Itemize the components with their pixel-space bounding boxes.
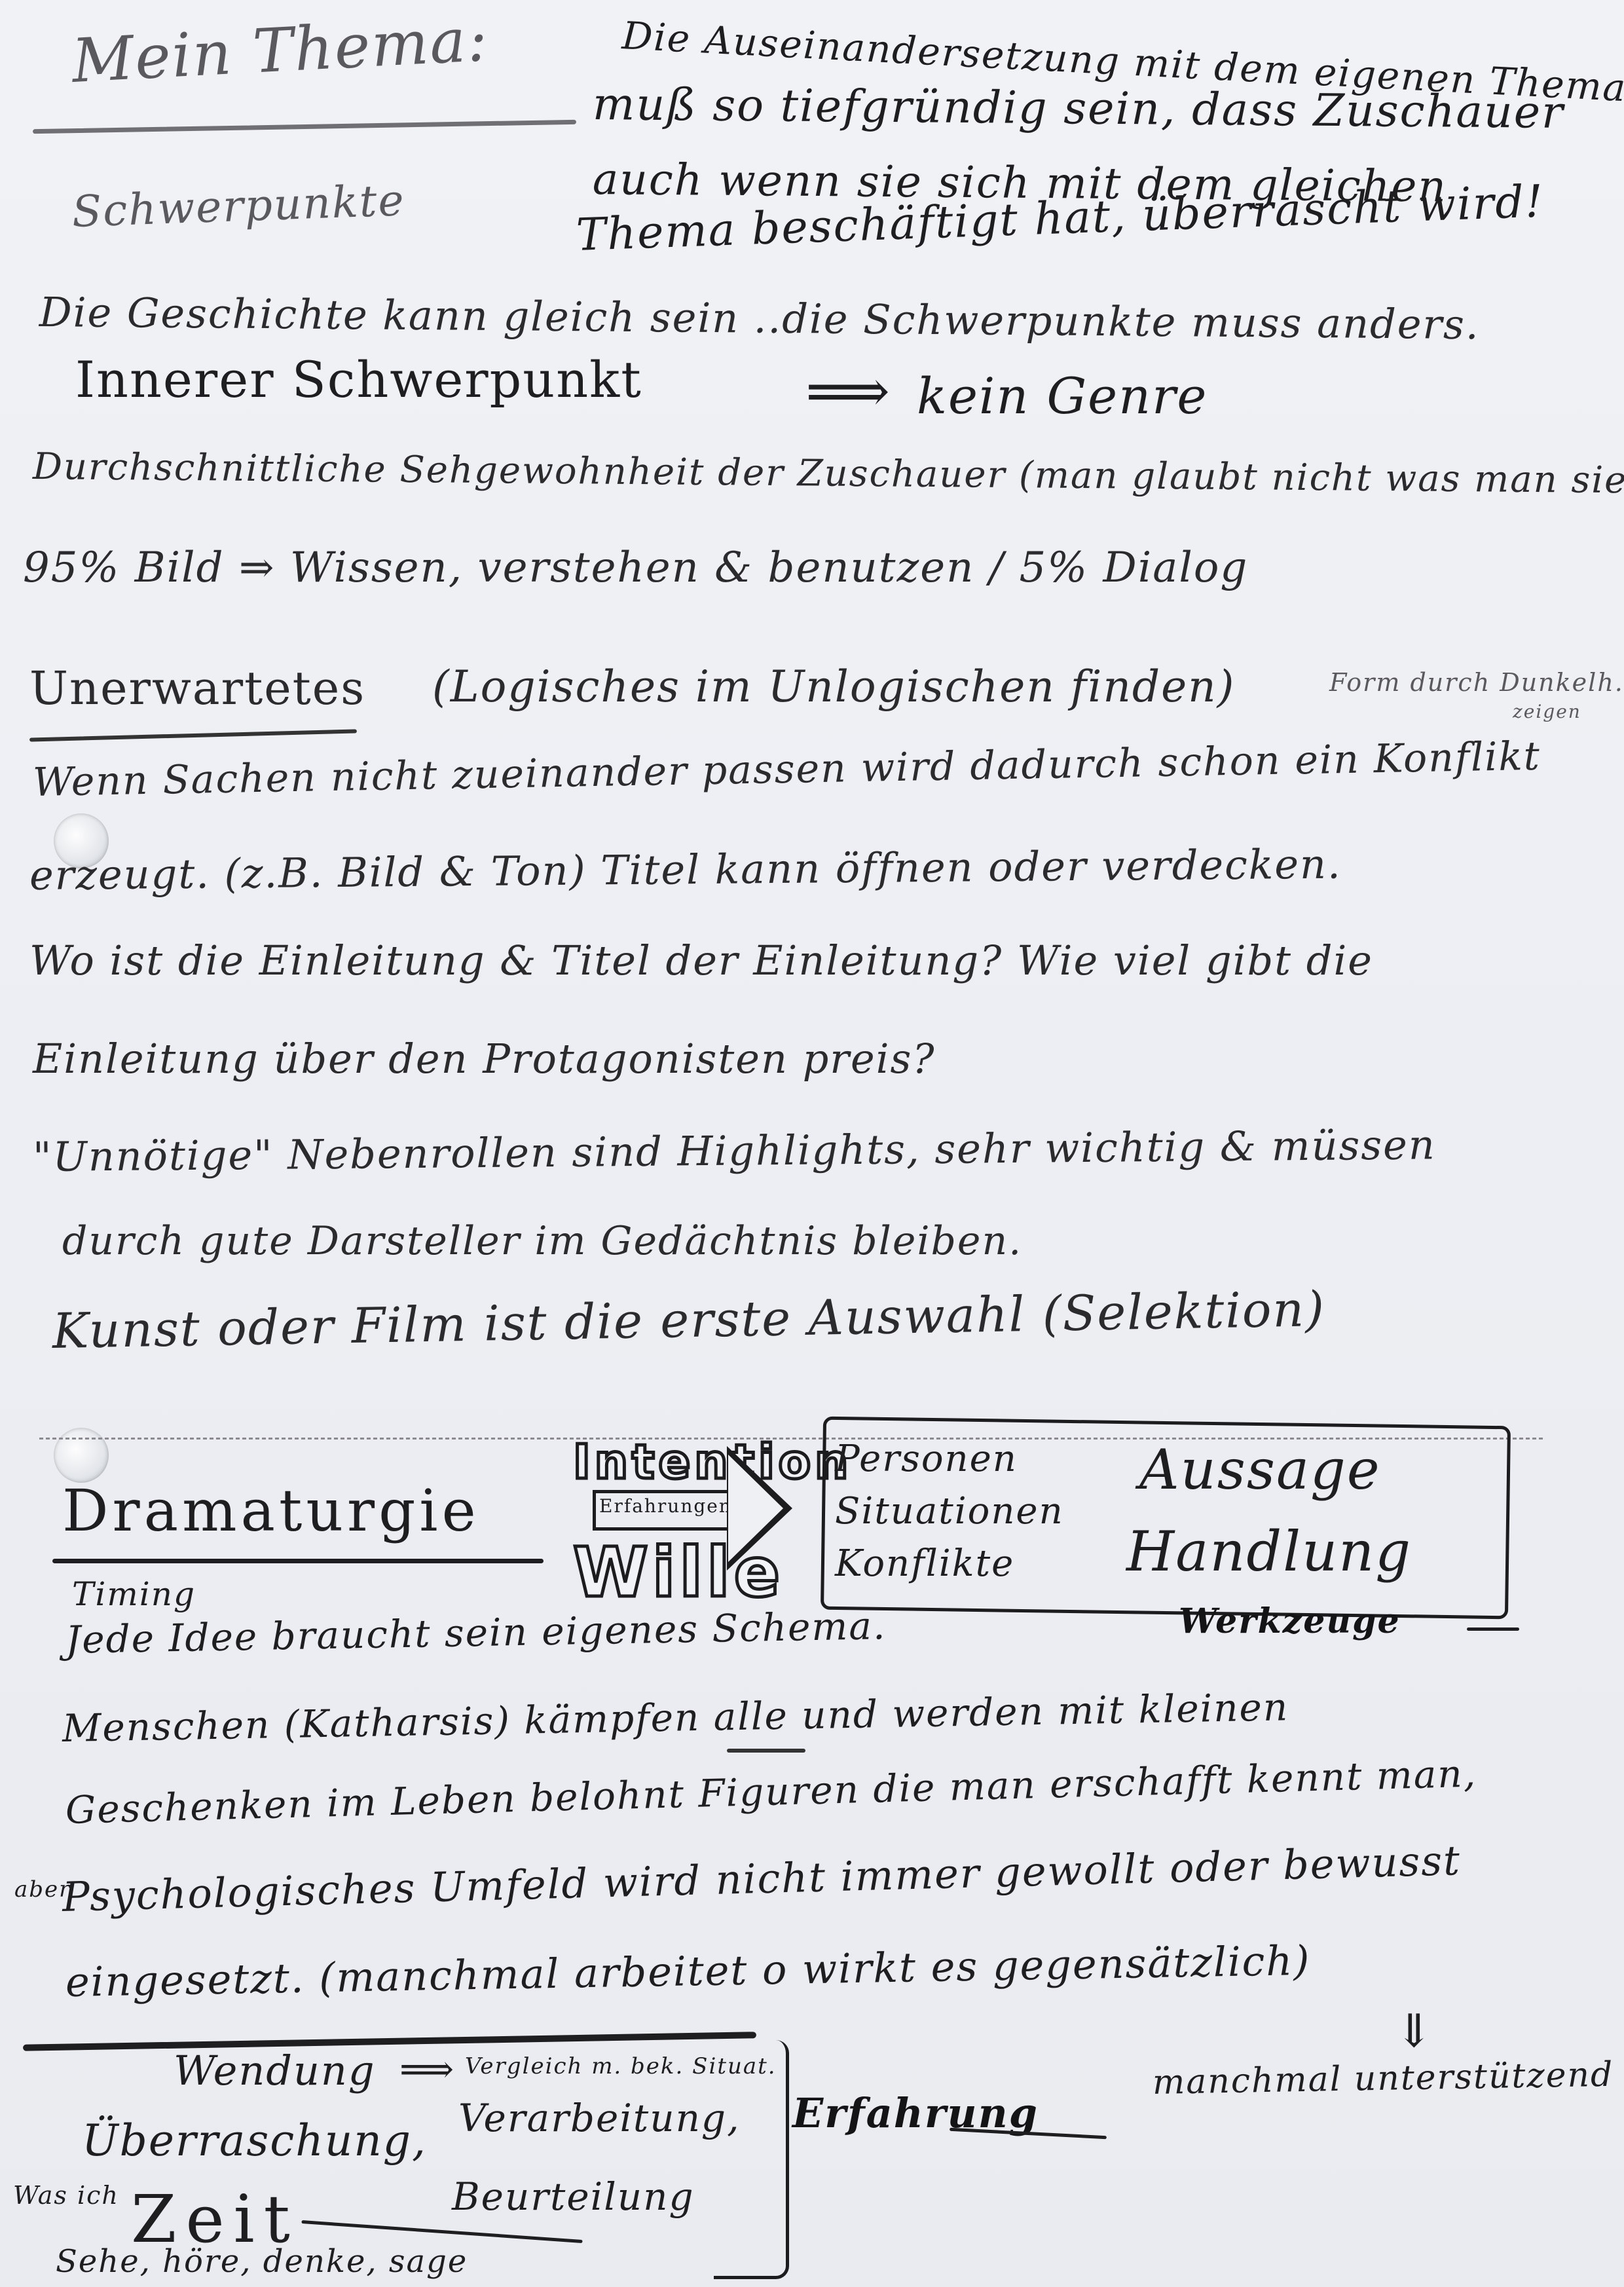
note-line-katharsis: Menschen (Katharsis) kämpfen alle und we… — [62, 1684, 1289, 1751]
erfahrungen-label: Erfahrungen — [599, 1495, 732, 1517]
diagram-top-stroke — [23, 2032, 756, 2051]
note-line-darsteller: durch gute Darsteller im Gedächtnis blei… — [62, 1218, 1022, 1264]
wille-block-text: Wille — [573, 1533, 784, 1612]
beurteilung-label: Beurteilung — [452, 2174, 695, 2219]
intro-line-2: muß so tiefgründig sein, dass Zuschauer — [593, 79, 1564, 139]
note-line-protagonisten: Einleitung über den Protagonisten preis? — [33, 1035, 936, 1083]
note-line-sehgewohnheit: Durchschnittliche Sehgewohnheit der Zusc… — [33, 445, 1624, 502]
note-line-figuren: Geschenken im Leben belohnt Figuren die … — [65, 1751, 1477, 1832]
note-line-logisches: (Logisches im Unlogischen finden) — [432, 661, 1235, 712]
page-title: Mein Thema: — [70, 5, 490, 96]
note-line-einleitung: Wo ist die Einleitung & Titel der Einlei… — [29, 937, 1373, 984]
unerwartetes-heading: Unerwartetes — [29, 661, 365, 715]
kein-genre: kein Genre — [917, 367, 1208, 425]
senses-label: Sehe, höre, denke, sage — [56, 2243, 468, 2280]
aussage-text: Aussage — [1139, 1438, 1381, 1502]
box-item-konflikte: Konflikte — [835, 1542, 1014, 1585]
was-ich-label: Was ich — [13, 2181, 119, 2210]
box-item-personen: Personen — [835, 1438, 1018, 1480]
schwerpunkte-label: Schwerpunkte — [71, 175, 406, 237]
note-line-erzeugt: erzeugt. (z.B. Bild & Ton) Titel kann öf… — [29, 840, 1342, 899]
handlung-text: Handlung — [1126, 1519, 1412, 1584]
paper-sheet: Mein Thema: Schwerpunkte Die Auseinander… — [0, 0, 1624, 2287]
werkzeuge-tail — [1467, 1627, 1519, 1631]
punch-hole-bottom — [54, 1428, 109, 1483]
innerer-schwerpunkt: Innerer Schwerpunkt — [75, 350, 642, 409]
dramaturgie-heading: Dramaturgie — [62, 1477, 480, 1544]
ueberraschung-label: Überraschung, — [82, 2115, 427, 2166]
note-line-bild-dialog: 95% Bild ⇒ Wissen, verstehen & benutzen … — [23, 544, 1248, 592]
note-line-psychologisches: Psychologisches Umfeld wird nicht immer … — [62, 1836, 1462, 1921]
wendung-arrow-icon: ⟹ — [399, 2047, 455, 2091]
note-line-nebenrollen: "Unnötige" Nebenrollen sind Highlights, … — [33, 1121, 1436, 1181]
title-underline — [33, 120, 576, 134]
zeit-line — [301, 2220, 582, 2243]
down-arrow-icon: ⇓ — [1395, 2004, 1435, 2058]
wendung-label: Wendung — [174, 2047, 376, 2094]
note-line-unterstuetzend: manchmal unterstützend — [1152, 2055, 1614, 2102]
alle-underline — [727, 1749, 805, 1753]
dramaturgie-underline — [52, 1559, 544, 1563]
side-note-zeigen: zeigen — [1513, 701, 1581, 722]
arrow-icon: ⟹ — [805, 357, 891, 426]
side-note-form: Form durch Dunkelh. — [1329, 668, 1624, 697]
note-line-eingesetzt: eingesetzt. (manchmal arbeitet o wirkt e… — [65, 1937, 1311, 2006]
note-line-konflikt: Wenn Sachen nicht zueinander passen wird… — [32, 734, 1541, 806]
note-line-geschichte: Die Geschichte kann gleich sein ..die Sc… — [39, 288, 1480, 348]
verarbeitung-label: Verarbeitung, — [458, 2096, 741, 2140]
note-line-selektion: Kunst oder Film ist die erste Auswahl (S… — [52, 1281, 1325, 1360]
vergleich-label: Vergleich m. bek. Situat. — [465, 2053, 777, 2079]
werkzeuge-label: Werkzeuge — [1179, 1601, 1401, 1641]
unerwartetes-underline — [29, 729, 357, 741]
intention-block-text: Intention — [573, 1434, 852, 1489]
timing-label: Timing — [72, 1575, 196, 1613]
box-item-situationen: Situationen — [835, 1490, 1064, 1533]
